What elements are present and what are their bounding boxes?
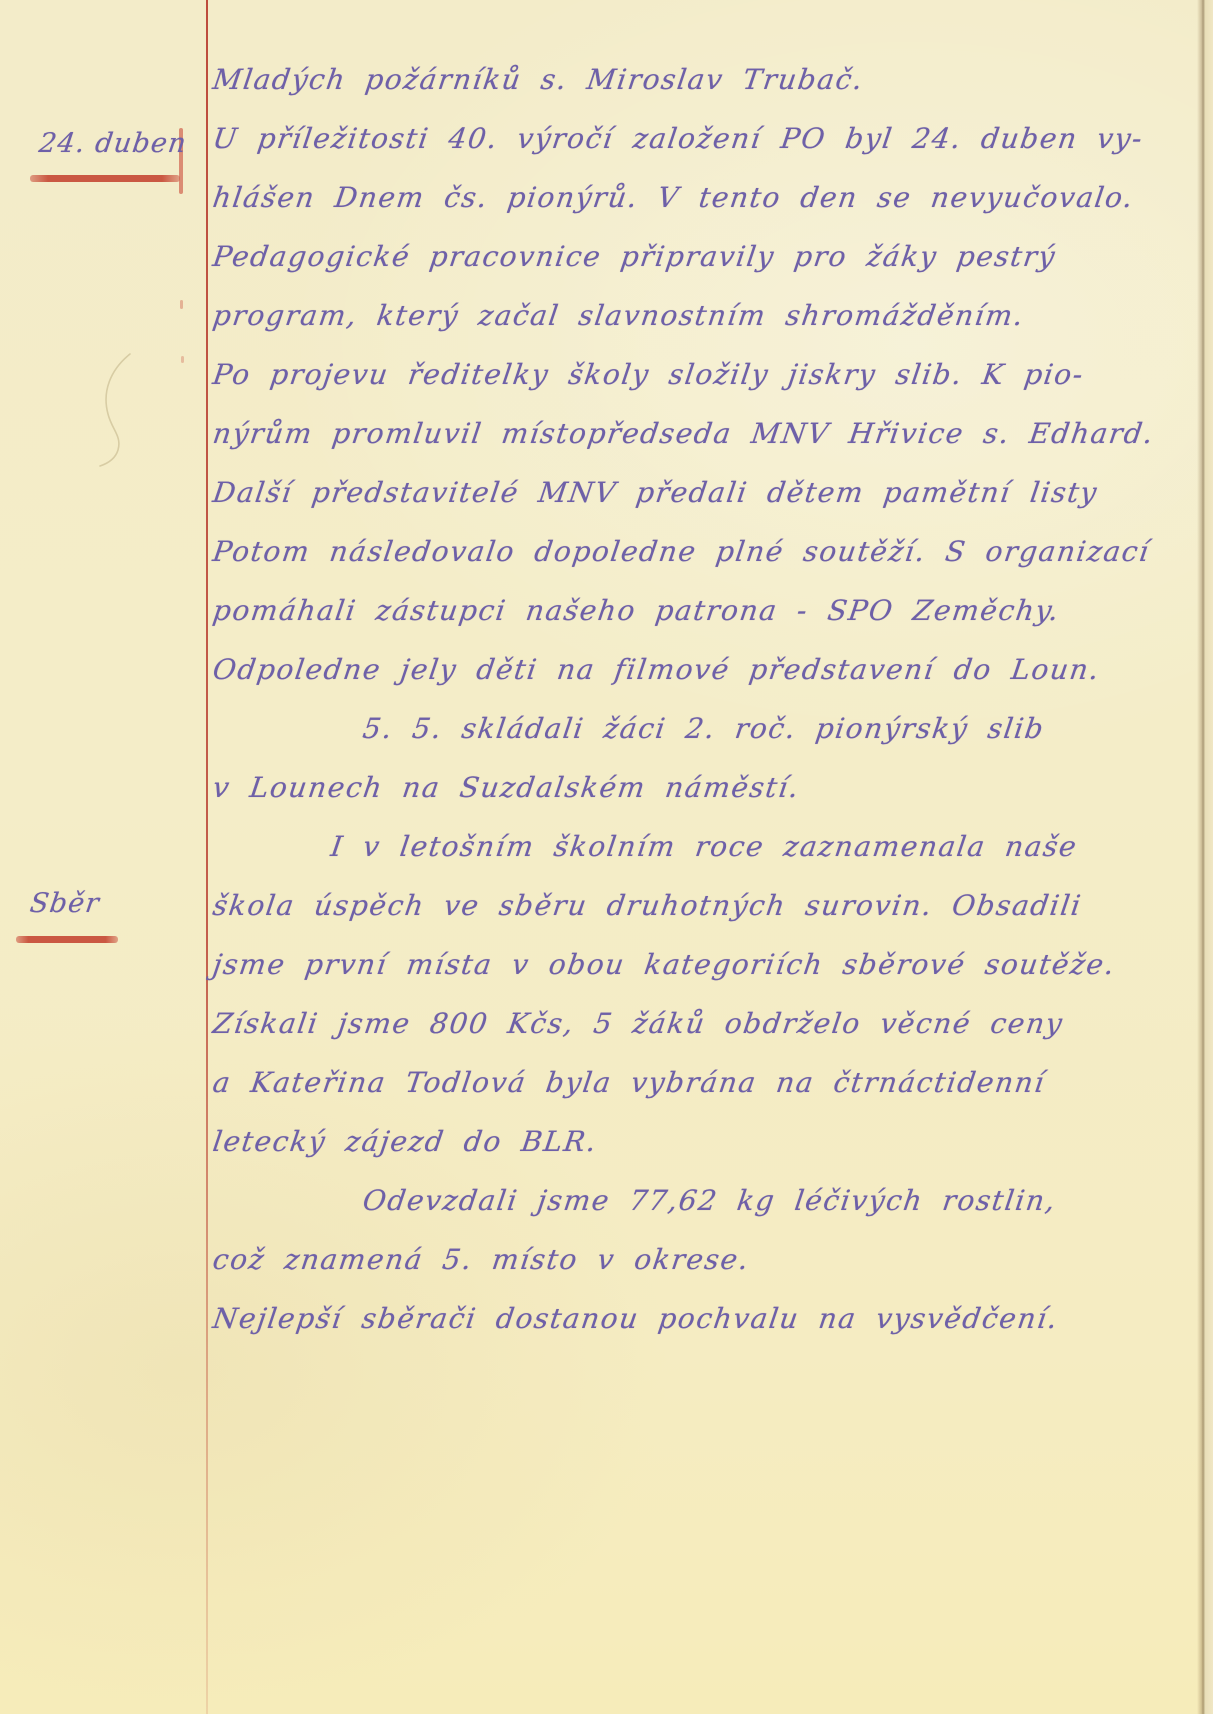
handwriting-line: letecký zájezd do BLR. — [209, 1112, 1189, 1171]
handwriting-line: I v letošním školním roce zaznamenala na… — [209, 817, 1189, 876]
handwriting-line: což znamená 5. místo v okrese. — [209, 1230, 1189, 1289]
handwriting-line: Odpoledne jely děti na filmové představe… — [209, 640, 1189, 699]
handwritten-text-column: Mladých požárníků s. Miroslav Trubač. U … — [209, 50, 1189, 1348]
handwriting-line: Po projevu ředitelky školy složily jiskr… — [209, 345, 1189, 404]
handwriting-line: v Lounech na Suzdalském náměstí. — [209, 758, 1189, 817]
handwriting-line: Pedagogické pracovnice připravily pro žá… — [209, 227, 1189, 286]
red-underline — [16, 936, 118, 943]
handwriting-line: Nejlepší sběrači dostanou pochvalu na vy… — [209, 1289, 1189, 1348]
margin-rule-line — [206, 0, 208, 1714]
margin-note-24-duben: 24. duben — [37, 128, 185, 159]
handwriting-line: Odevzdali jsme 77,62 kg léčivých rostlin… — [209, 1171, 1189, 1230]
margin-note-sber: Sběr — [28, 888, 97, 919]
handwriting-line: nýrům promluvil místopředseda MNV Hřivic… — [209, 404, 1189, 463]
handwriting-line: hlášen Dnem čs. pionýrů. V tento den se … — [209, 168, 1189, 227]
red-underline — [30, 175, 180, 182]
page-edge — [1197, 0, 1213, 1714]
handwriting-line: pomáhali zástupci našeho patrona - SPO Z… — [209, 581, 1189, 640]
handwriting-line: program, který začal slavnostním shromáž… — [209, 286, 1189, 345]
handwriting-line: Získali jsme 800 Kčs, 5 žáků obdrželo vě… — [209, 994, 1189, 1053]
handwriting-line: jsme první místa v obou kategoriích sběr… — [209, 935, 1189, 994]
red-ink-fleck — [180, 300, 183, 309]
handwriting-line: Potom následovalo dopoledne plné soutěží… — [209, 522, 1189, 581]
red-ink-fleck — [181, 356, 184, 363]
chronicle-page: 24. duben Sběr Mladých požárníků s. Miro… — [0, 0, 1213, 1714]
handwriting-line: U příležitosti 40. výročí založení PO by… — [209, 109, 1189, 168]
handwriting-line: škola úspěch ve sběru druhotných surovin… — [209, 876, 1189, 935]
handwriting-line: Mladých požárníků s. Miroslav Trubač. — [209, 50, 1189, 109]
handwriting-line: Další představitelé MNV předali dětem pa… — [209, 463, 1189, 522]
handwriting-line: a Kateřina Todlová byla vybrána na čtrná… — [209, 1053, 1189, 1112]
pencil-mark — [92, 352, 142, 476]
handwriting-line: 5. 5. skládali žáci 2. roč. pionýrský sl… — [209, 699, 1189, 758]
